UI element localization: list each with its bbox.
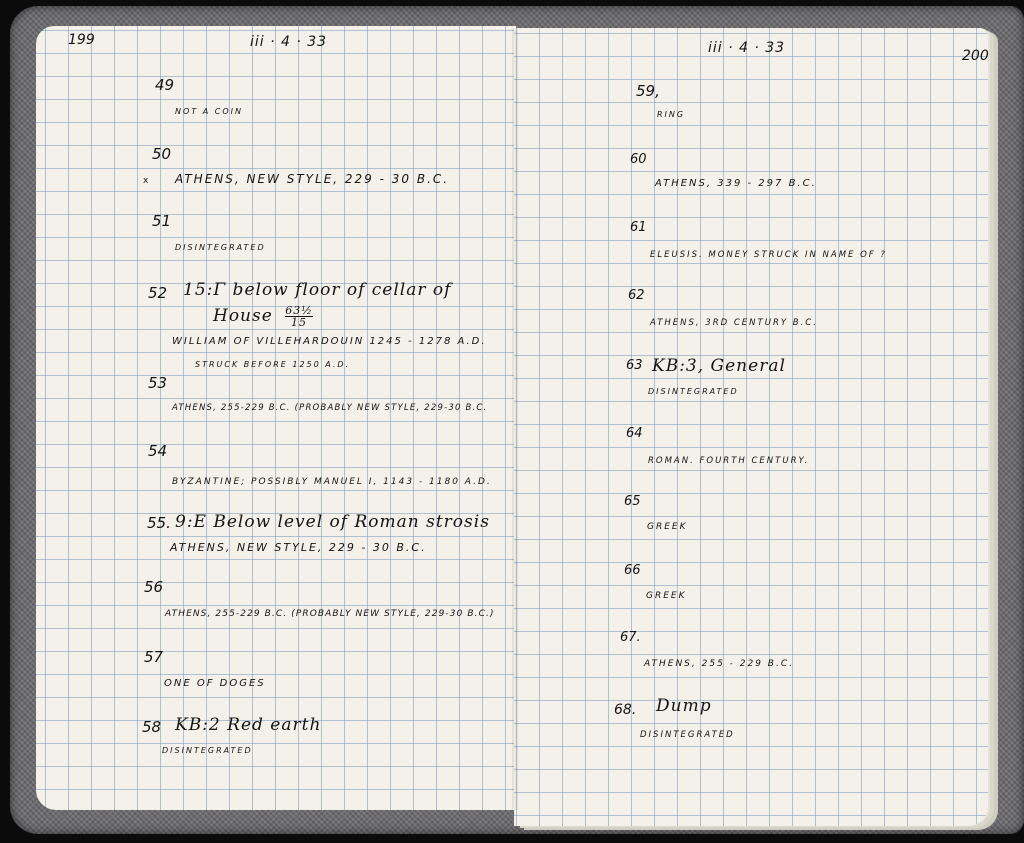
entry-number: 57 — [144, 648, 163, 666]
entry-description: Eleusis. Money struck in name of ? — [650, 250, 887, 260]
entry-number: 61 — [630, 220, 647, 235]
house-fraction: 63½ 15 — [285, 305, 313, 328]
entry-number: 65 — [624, 494, 641, 509]
entry-number: 66 — [624, 563, 641, 578]
right-page-date: iii · 4 · 33 — [708, 40, 785, 56]
right-page — [514, 28, 988, 826]
entry-number: 50 — [152, 145, 171, 163]
entry-description: Athens, 339 - 297 B.C. — [655, 178, 817, 189]
entry-number: 59, — [636, 82, 660, 100]
entry-description: Roman. Fourth Century. — [648, 456, 809, 466]
entry-location-line2: House 63½ 15 — [213, 305, 313, 328]
entry-number: 62 — [628, 288, 645, 303]
entry-number: 54 — [148, 442, 167, 460]
entry-number: 56 — [144, 578, 163, 596]
right-page-number: 200 — [962, 48, 989, 64]
entry-number: 51 — [152, 212, 171, 230]
left-page-number: 199 — [68, 32, 95, 48]
entry-description: Disintegrated — [175, 243, 266, 252]
entry-location: KB:3, General — [652, 356, 786, 376]
entry-description: Athens, 3rd Century B.C. — [650, 318, 818, 328]
entry-number: 64 — [626, 426, 643, 441]
entry-location: KB:2 Red earth — [175, 715, 321, 735]
entry-description: Not a coin — [175, 107, 243, 116]
entry-description: Byzantine; possibly Manuel I, 1143 - 118… — [172, 477, 492, 487]
entry-number: 53 — [148, 374, 167, 392]
entry-description: One of Doges — [164, 678, 266, 689]
page-gutter — [512, 28, 518, 810]
entry-number: 55. — [147, 514, 171, 532]
entry-description: Greek — [646, 591, 687, 601]
entry-description: Athens, 255-229 B.C. (Probably New Style… — [165, 609, 495, 619]
entry-note: struck before 1250 A.D. — [195, 360, 350, 369]
entry-number: 49 — [155, 76, 174, 94]
entry-location: 9:E Below level of Roman strosis — [175, 512, 490, 532]
entry-description: Athens, New Style, 229 - 30 B.C. — [170, 541, 427, 554]
entry-description: William of Villehardouin 1245 - 1278 A.D… — [172, 336, 487, 347]
house-label: House — [213, 306, 273, 326]
entry-number: 67. — [620, 630, 641, 645]
entry-number: 58 — [142, 718, 161, 736]
entry-number: 68. — [614, 702, 636, 718]
entry-description: Athens, 255 - 229 B.C. — [644, 659, 794, 669]
fraction-bottom: 15 — [285, 317, 313, 328]
entry-description: Athens, 255-229 B.C. (Probably New Style… — [172, 403, 487, 413]
entry-description: Ring — [657, 110, 685, 119]
entry-description: Athens, New Style, 229 - 30 B.C. — [175, 172, 449, 186]
entry-description: Disintegrated — [162, 746, 253, 755]
entry-description: Disintegrated — [648, 387, 739, 396]
entry-location: Dump — [656, 696, 712, 716]
entry-description: Greek — [647, 522, 688, 532]
entry-number: 63 — [626, 358, 643, 373]
left-page-date: iii · 4 · 33 — [250, 34, 327, 50]
left-page — [36, 26, 516, 810]
entry-marker: x — [143, 176, 150, 186]
entry-location: 15:Γ below floor of cellar of — [183, 280, 451, 300]
entry-number: 60 — [630, 152, 647, 167]
entry-description: Disintegrated — [640, 730, 735, 740]
entry-number: 52 — [148, 284, 167, 302]
